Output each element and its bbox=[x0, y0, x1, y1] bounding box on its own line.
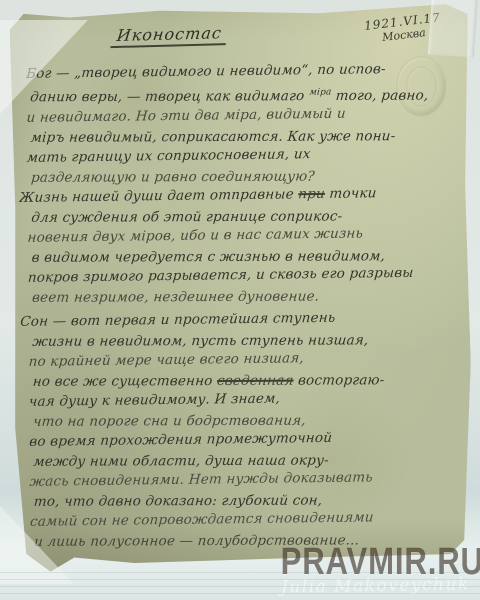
manuscript-line: веет незримое, нездешнее дуновение. bbox=[31, 285, 466, 307]
manuscript-line: Бог — „творец видимого и невидимо“, по и… bbox=[25, 58, 465, 84]
manuscript-photo: Иконостас 1921.VI.17 Москва Бог — „творе… bbox=[0, 0, 480, 600]
handwritten-text: Бог — „творец видимого и невидимо“, по и… bbox=[26, 60, 468, 551]
manuscript-line: Сон — вот первая и простейшая ступень bbox=[20, 306, 468, 332]
tape-top-right bbox=[428, 0, 478, 58]
page-title: Иконостас bbox=[110, 23, 228, 48]
photographer-signature: Julia Makoveychuk bbox=[281, 574, 470, 597]
manuscript-page: Иконостас 1921.VI.17 Москва Бог — „творе… bbox=[10, 4, 473, 574]
